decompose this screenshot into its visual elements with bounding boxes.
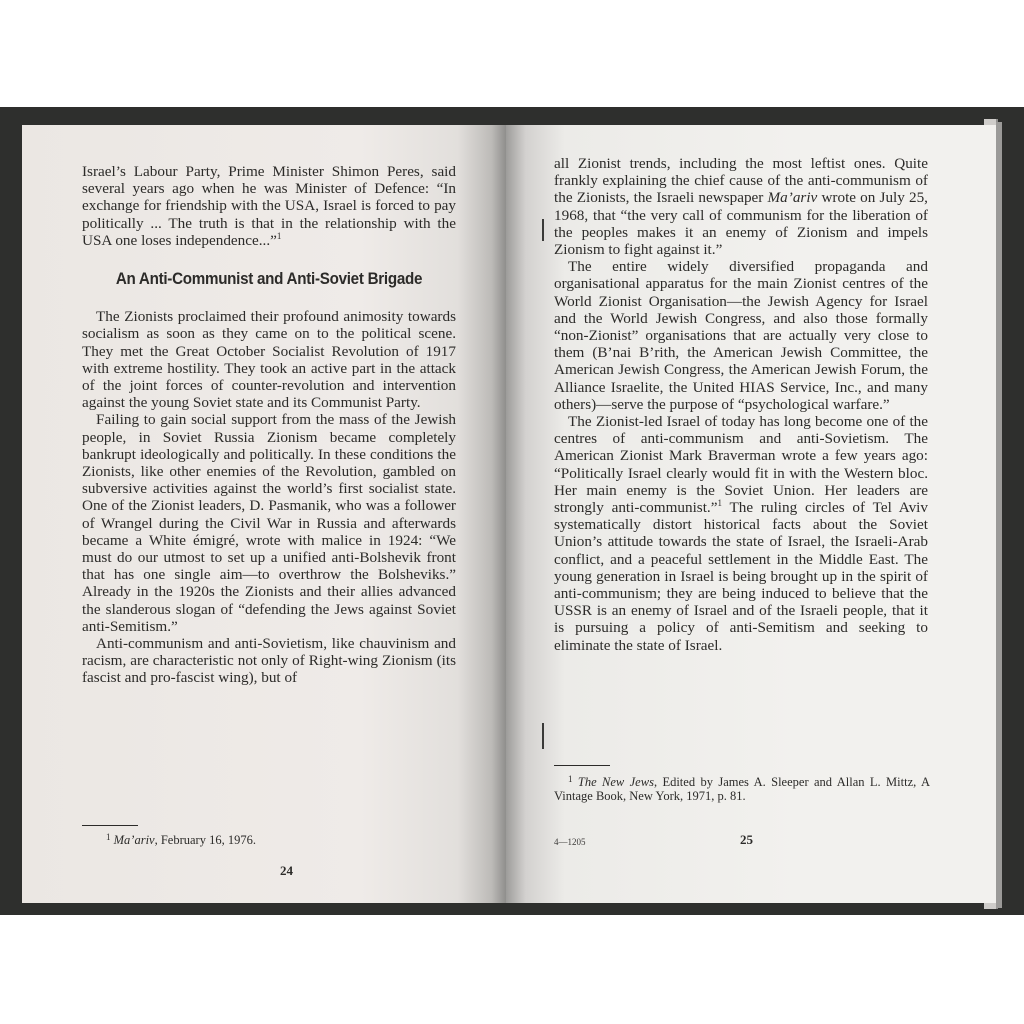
right-page-text: all Zionist trends, including the most l… — [554, 155, 928, 654]
left-page-text: Israel’s Labour Party, Prime Minister Sh… — [82, 163, 456, 687]
page-number: 25 — [740, 832, 753, 848]
body-paragraph: The Zionist-led Israel of today has long… — [554, 413, 928, 654]
opening-paragraph: Israel’s Labour Party, Prime Minister Sh… — [82, 163, 456, 249]
footnote-rule — [82, 825, 138, 826]
footnote: 1 The New Jews, Edited by James A. Sleep… — [554, 775, 930, 803]
right-page: all Zionist trends, including the most l… — [506, 125, 996, 903]
page-number: 24 — [280, 863, 293, 879]
body-paragraph: The Zionists proclaimed their profound a… — [82, 308, 456, 411]
open-book: Israel’s Labour Party, Prime Minister Sh… — [22, 125, 1002, 907]
left-page: Israel’s Labour Party, Prime Minister Sh… — [22, 125, 506, 903]
body-paragraph: Failing to gain social support from the … — [82, 411, 456, 635]
printer-signature: 4—1205 — [554, 837, 586, 847]
binding-mark — [542, 219, 544, 241]
section-heading: An Anti-Communist and Anti-Soviet Brigad… — [97, 271, 441, 288]
body-paragraph: The entire widely diversified propaganda… — [554, 258, 928, 413]
body-paragraph: all Zionist trends, including the most l… — [554, 155, 928, 258]
footnote-rule — [554, 765, 610, 766]
binding-mark — [542, 723, 544, 749]
footnote: 1 Ma’ariv, February 16, 1976. — [106, 833, 256, 847]
cover-edge — [996, 122, 1002, 908]
body-paragraph: Anti-communism and anti-Sovietism, like … — [82, 635, 456, 687]
